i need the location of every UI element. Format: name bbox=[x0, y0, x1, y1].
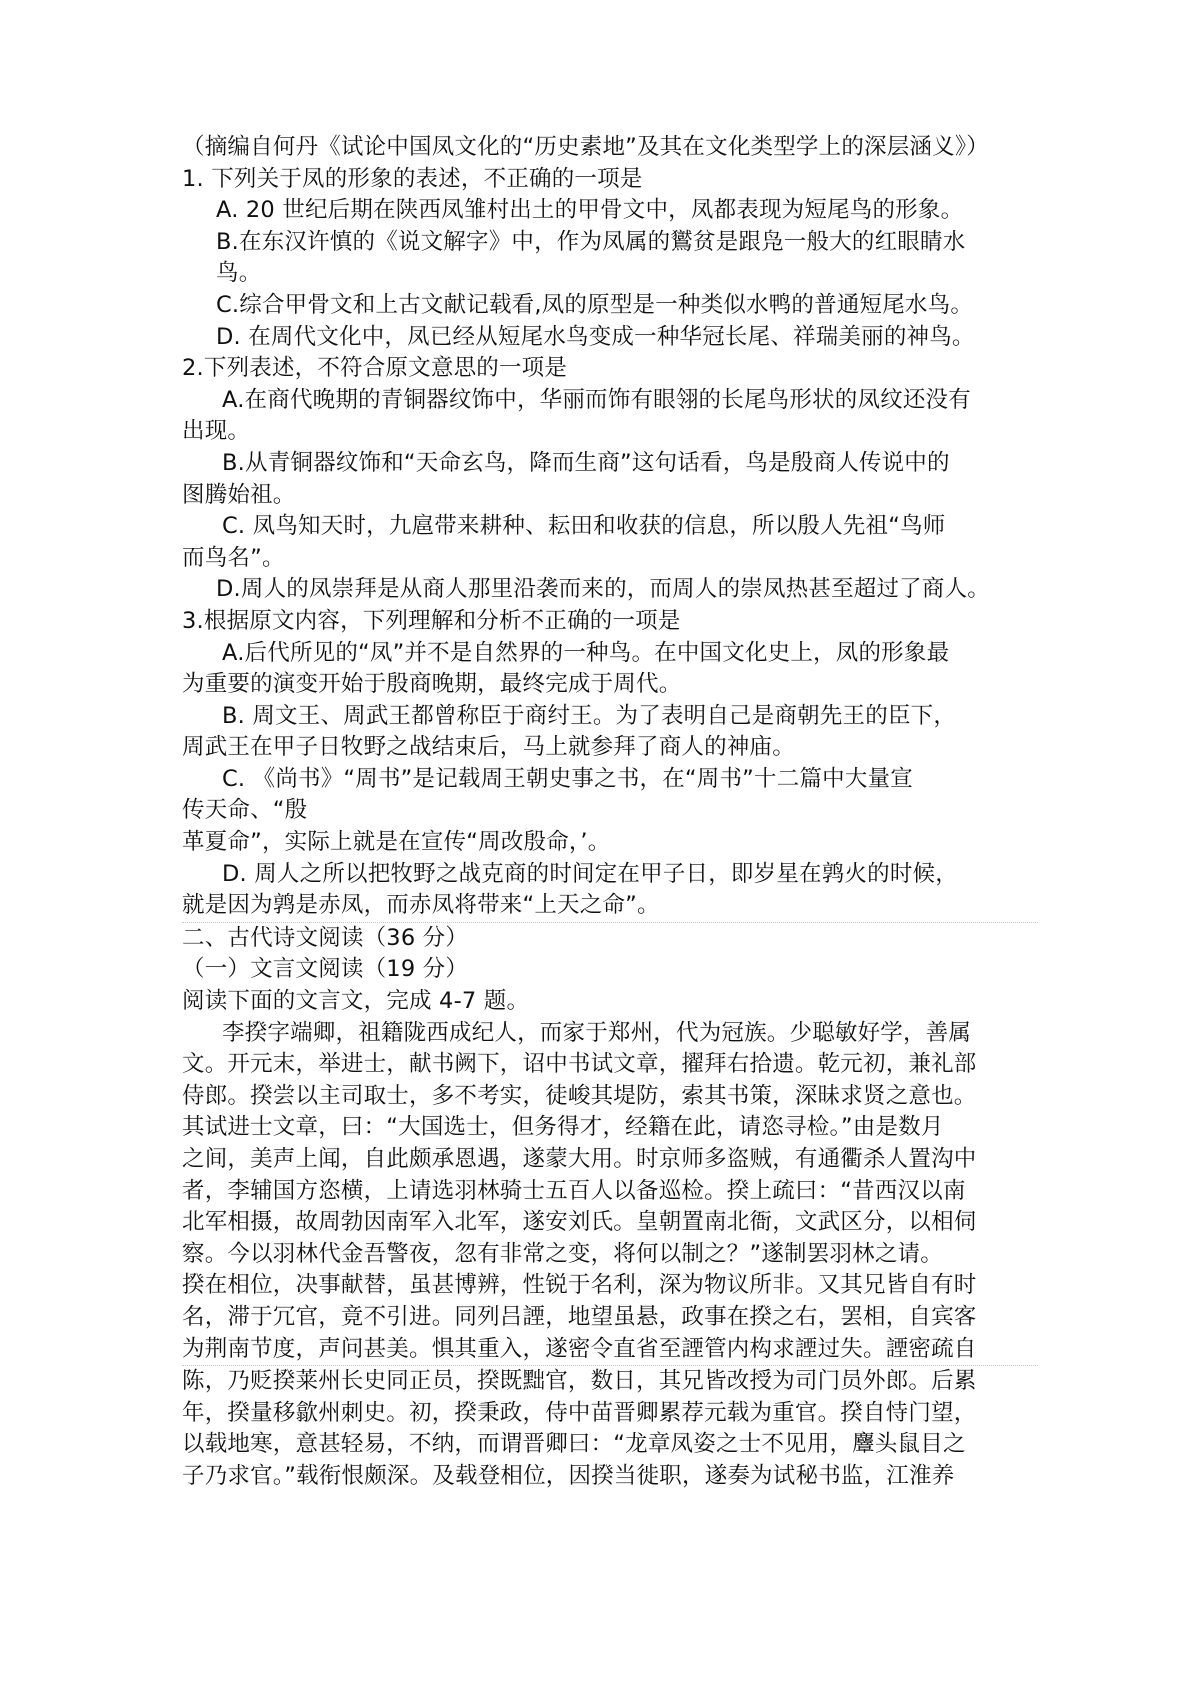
classical-passage: 李揆字端卿，祖籍陇西成纪人，而家于郑州，代为冠族。少聪敏好学，善属 文。开元末，… bbox=[182, 1018, 1032, 1493]
source-citation: （摘编自何丹《试论中国凤文化的“历史素地”及其在文化类型学上的深层涵义》） bbox=[182, 132, 1032, 164]
section-2-instruction: 阅读下面的文言文，完成 4-7 题。 bbox=[182, 986, 1032, 1018]
question-3-option-c-cont1: 传天命、“殷 bbox=[182, 795, 1032, 827]
question-3-option-c: C. 《尚书》“周书”是记载周王朝史事之书，在“周书”十二篇中大量宣 bbox=[182, 764, 1032, 796]
question-1-option-c: C.综合甲骨文和上古文献记载看,凤的原型是一种类似水鸭的普通短尾水鸟。 bbox=[182, 290, 1032, 322]
question-3-option-c-cont2: 革夏命”，实际上就是在宣传“周改殷命，’。 bbox=[182, 827, 1032, 859]
question-3-option-b: B. 周文王、周武王都曾称臣于商纣王。为了表明自己是商朝先王的臣下， bbox=[182, 701, 1032, 733]
question-2-option-a: A.在商代晚期的青铜器纹饰中，华丽而饰有眼翎的长尾鸟形状的凤纹还没有 bbox=[182, 385, 1032, 417]
passage-line: 陈，乃贬揆莱州长史同正员，揆既黜官，数日，其兄皆改授为司门员外郎。后累 bbox=[182, 1366, 1032, 1398]
passage-line: 北军相摄，故周勃因南军入北军，遂安刘氏。皇朝置南北衙，文武区分，以相伺 bbox=[182, 1207, 1032, 1239]
section-2-header: 二、古代诗文阅读（36 分） （一）文言文阅读（19 分） 阅读下面的文言文，完… bbox=[182, 923, 1032, 1018]
passage-line: 者，李辅国方恣横，上请选羽林骑士五百人以备巡检。揆上疏曰：“昔西汉以南 bbox=[182, 1176, 1032, 1208]
question-1-stem: 1. 下列关于凤的形象的表述，不正确的一项是 bbox=[182, 164, 1032, 196]
passage-line: 察。今以羽林代金吾警夜，忽有非常之变，将何以制之？”遂制罢羽林之请。 bbox=[182, 1239, 1032, 1271]
passage-line: 揆在相位，决事献替，虽甚博辨，性锐于名利，深为物议所非。又其兄皆自有时 bbox=[182, 1270, 1032, 1302]
passage-line: 名，滞于冗官，竟不引进。同列吕諲，地望虽悬，政事在揆之右，罢相，自宾客 bbox=[182, 1302, 1032, 1334]
question-3-option-d-cont: 就是因为鹑是赤凤，而赤凤将带来“上天之命”。 bbox=[182, 890, 1032, 922]
question-3: 3.根据原文内容，下列理解和分析不正确的一项是 A.后代所见的“凤”并不是自然界… bbox=[182, 606, 1032, 922]
passage-line: 李揆字端卿，祖籍陇西成纪人，而家于郑州，代为冠族。少聪敏好学，善属 bbox=[182, 1018, 1032, 1050]
question-2-option-a-cont: 出现。 bbox=[182, 416, 1032, 448]
question-3-option-b-cont: 周武王在甲子日牧野之战结束后，马上就参拜了商人的神庙。 bbox=[182, 732, 1032, 764]
question-2-option-b-cont: 图腾始祖。 bbox=[182, 480, 1032, 512]
passage-line: 子乃求官。”载衔恨颇深。及载登相位，因揆当徙职，遂奏为试秘书监，江淮养 bbox=[182, 1461, 1032, 1493]
question-2-option-b: B.从青铜器纹饰和“天命玄鸟，降而生商”这句话看，鸟是殷商人传说中的 bbox=[182, 448, 1032, 480]
question-3-option-a-cont: 为重要的演变开始于殷商晚期，最终完成于周代。 bbox=[182, 669, 1032, 701]
question-2-stem: 2.下列表述，不符合原文意思的一项是 bbox=[182, 353, 1032, 385]
passage-line: 之间，美声上闻，自此颇承恩遇，遂蒙大用。时京师多盗贼，有通衢杀人置沟中 bbox=[182, 1144, 1032, 1176]
question-2: 2.下列表述，不符合原文意思的一项是 A.在商代晚期的青铜器纹饰中，华丽而饰有眼… bbox=[182, 353, 1032, 606]
question-3-option-a: A.后代所见的“凤”并不是自然界的一种鸟。在中国文化史上，凤的形象最 bbox=[182, 638, 1032, 670]
question-2-option-d: D.周人的凤崇拜是从商人那里沿袭而来的，而周人的崇凤热甚至超过了商人。 bbox=[182, 574, 1032, 606]
question-1-option-b: B.在东汉许慎的《说文解字》中，作为凤属的鸑贫是跟凫一般大的红眼睛水 bbox=[182, 227, 1032, 259]
question-1-option-b-cont: 鸟。 bbox=[182, 258, 1032, 290]
document-page: （摘编自何丹《试论中国凤文化的“历史素地”及其在文化类型学上的深层涵义》） 1.… bbox=[182, 132, 1032, 1493]
passage-line: 为荆南节度，声问甚美。惧其重入，遂密令直省至諲管内构求諲过失。諲密疏自 bbox=[182, 1334, 1032, 1366]
passage-line: 其试进士文章，曰：“大国选士，但务得才，经籍在此，请恣寻检。”由是数月 bbox=[182, 1112, 1032, 1144]
question-1-option-a: A. 20 世纪后期在陕西凤雏村出土的甲骨文中，凤都表现为短尾鸟的形象。 bbox=[182, 195, 1032, 227]
question-3-stem: 3.根据原文内容，下列理解和分析不正确的一项是 bbox=[182, 606, 1032, 638]
question-2-option-c-cont: 而鸟名”。 bbox=[182, 543, 1032, 575]
section-2-subtitle: （一）文言文阅读（19 分） bbox=[182, 954, 1032, 986]
question-1: 1. 下列关于凤的形象的表述，不正确的一项是 A. 20 世纪后期在陕西凤雏村出… bbox=[182, 164, 1032, 354]
question-2-option-c: C. 凤鸟知天时，九扈带来耕种、耘田和收获的信息，所以殷人先祖“鸟师 bbox=[182, 511, 1032, 543]
passage-line: 年，揆量移歙州刺史。初，揆秉政，侍中苗晋卿累荐元载为重官。揆自恃门望， bbox=[182, 1398, 1032, 1430]
section-2-title: 二、古代诗文阅读（36 分） bbox=[182, 923, 1032, 955]
question-1-option-d: D. 在周代文化中，凤已经从短尾水鸟变成一种华冠长尾、祥瑞美丽的神鸟。 bbox=[182, 322, 1032, 354]
question-3-option-d: D. 周人之所以把牧野之战克商的时间定在甲子日，即岁星在鹑火的时候， bbox=[182, 859, 1032, 891]
passage-line: 文。开元末，举进士，献书阙下，诏中书试文章，擢拜右拾遗。乾元初，兼礼部 bbox=[182, 1049, 1032, 1081]
passage-line: 侍郎。揆尝以主司取士，多不考实，徒峻其堤防，索其书策，深昧求贤之意也。 bbox=[182, 1081, 1032, 1113]
passage-line: 以载地寒，意甚轻易，不纳，而谓晋卿曰：“龙章凤姿之士不见用，麞头鼠目之 bbox=[182, 1429, 1032, 1461]
